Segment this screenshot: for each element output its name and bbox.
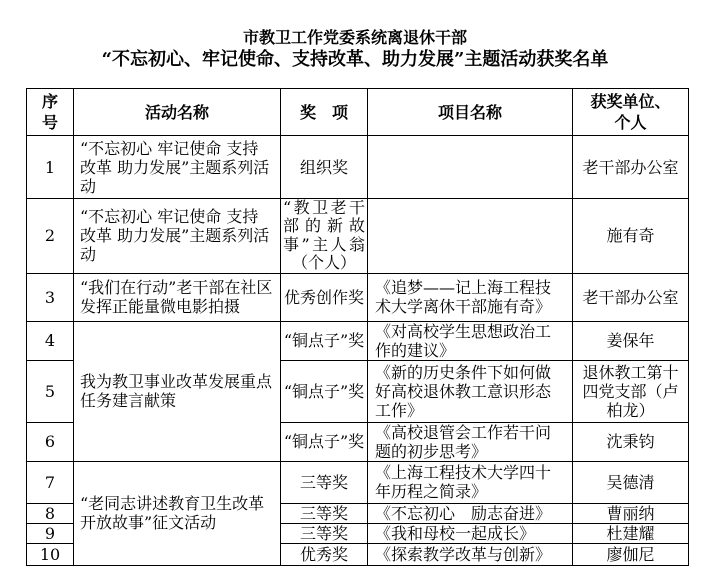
award-cell: 三等奖 (281, 503, 368, 523)
winner-cell: 吴德清 (573, 461, 689, 503)
table-row: 2 “不忘初心 牢记使命 支持改革 助力发展”主题系列活动 “教卫老干部的新故事… (27, 199, 689, 274)
winner-cell: 廖伽尼 (573, 543, 689, 565)
project-cell: 《我和母校一起成长》 (368, 523, 573, 543)
winner-cell: 退休教工第十四党支部（卢柏龙） (573, 360, 689, 422)
award-cell: 三等奖 (281, 461, 368, 503)
serial-cell: 7 (27, 461, 74, 503)
award-cell: “铜点子”奖 (281, 422, 368, 461)
award-cell: “教卫老干部的新故事”主人翁（个人） (281, 199, 368, 274)
award-cell: 优秀创作奖 (281, 273, 368, 321)
award-cell: 组织奖 (281, 136, 368, 199)
serial-cell: 4 (27, 321, 74, 360)
activity-cell: “不忘初心 牢记使命 支持改革 助力发展”主题系列活动 (74, 136, 281, 199)
winner-cell: 杜建耀 (573, 523, 689, 543)
table-row: 3 “我们在行动”老干部在社区发挥正能量微电影拍摄 优秀创作奖 《追梦——记上海… (27, 273, 689, 321)
winner-cell: 沈秉钧 (573, 422, 689, 461)
serial-cell: 5 (27, 360, 74, 422)
winner-cell: 老干部办公室 (573, 273, 689, 321)
serial-cell: 10 (27, 543, 74, 565)
award-cell: “铜点子”奖 (281, 360, 368, 422)
document-subtitle: “不忘初心、牢记使命、支持改革、助力发展”主题活动获奖名单 (0, 48, 710, 71)
awards-table: 序 号 活动名称 奖 项 项目名称 获奖单位、 个人 1 “不忘初心 牢记使命 … (26, 88, 689, 566)
table-row: 7 “老同志讲述教育卫生改革开放故事”征文活动 三等奖 《上海工程技术大学四十年… (27, 461, 689, 503)
project-cell: 《追梦——记上海工程技术大学离休干部施有奇》 (368, 273, 573, 321)
project-cell: 《不忘初心 励志奋进》 (368, 503, 573, 523)
winner-cell: 施有奇 (573, 199, 689, 274)
document-page: 市教卫工作党委系统离退休干部 “不忘初心、牢记使命、支持改革、助力发展”主题活动… (0, 0, 710, 584)
serial-cell: 9 (27, 523, 74, 543)
header-project: 项目名称 (368, 89, 573, 136)
header-row: 序 号 活动名称 奖 项 项目名称 获奖单位、 个人 (27, 89, 689, 136)
table-row: 1 “不忘初心 牢记使命 支持改革 助力发展”主题系列活动 组织奖 老干部办公室 (27, 136, 689, 199)
award-cell: 三等奖 (281, 523, 368, 543)
activity-cell-merged: 我为教卫事业改革发展重点任务建言献策 (74, 321, 281, 461)
project-cell: 《对高校学生思想政治工作的建议》 (368, 321, 573, 360)
winner-cell: 老干部办公室 (573, 136, 689, 199)
header-activity: 活动名称 (74, 89, 281, 136)
activity-cell: “我们在行动”老干部在社区发挥正能量微电影拍摄 (74, 273, 281, 321)
project-cell: 《高校退管会工作若干问题的初步思考》 (368, 422, 573, 461)
serial-cell: 1 (27, 136, 74, 199)
project-cell: 《上海工程技术大学四十年历程之简录》 (368, 461, 573, 503)
award-cell: 优秀奖 (281, 543, 368, 565)
header-award: 奖 项 (281, 89, 368, 136)
document-title: 市教卫工作党委系统离退休干部 (0, 27, 710, 48)
serial-cell: 6 (27, 422, 74, 461)
project-cell: 《探索教学改革与创新》 (368, 543, 573, 565)
award-cell: “铜点子”奖 (281, 321, 368, 360)
winner-cell: 姜保年 (573, 321, 689, 360)
header-winner: 获奖单位、 个人 (573, 89, 689, 136)
header-serial: 序 号 (27, 89, 74, 136)
activity-cell: “不忘初心 牢记使命 支持改革 助力发展”主题系列活动 (74, 199, 281, 274)
serial-cell: 8 (27, 503, 74, 523)
activity-cell-merged: “老同志讲述教育卫生改革开放故事”征文活动 (74, 461, 281, 565)
document-header: 市教卫工作党委系统离退休干部 “不忘初心、牢记使命、支持改革、助力发展”主题活动… (0, 0, 710, 71)
winner-cell: 曹丽纳 (573, 503, 689, 523)
project-cell (368, 199, 573, 274)
serial-cell: 2 (27, 199, 74, 274)
project-cell: 《新的历史条件下如何做好高校退休教工意识形态工作》 (368, 360, 573, 422)
table-row: 4 我为教卫事业改革发展重点任务建言献策 “铜点子”奖 《对高校学生思想政治工作… (27, 321, 689, 360)
serial-cell: 3 (27, 273, 74, 321)
project-cell (368, 136, 573, 199)
